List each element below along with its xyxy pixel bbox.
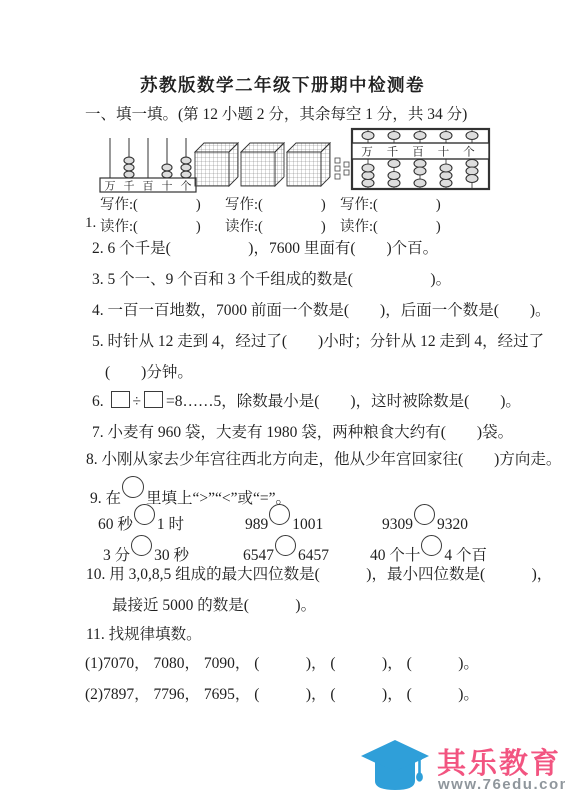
- write-as-line: 写作:( ): [100, 193, 201, 214]
- read-as-line: 读作:( ): [225, 215, 326, 236]
- page-title: 苏教版数学二年级下册期中检测卷: [0, 72, 565, 97]
- brand-logo: 其乐教育 www.76edu.com: [360, 731, 560, 795]
- divide-sign: ÷: [133, 393, 142, 410]
- question-1-number: 1.: [85, 214, 96, 232]
- question-11-header: 11. 找规律填数。: [86, 626, 202, 645]
- question-10-line1: 10. 用 3,0,8,5 组成的最大四位数是( )，最小四位数是( )，: [86, 566, 552, 585]
- comparison-circle-icon: [122, 476, 144, 498]
- read-as-line: 读作:( ): [100, 215, 201, 236]
- question-6: 6. ÷=8……5，除数最小是( )，这时被除数是( )。: [92, 391, 521, 412]
- question-3: 3. 5 个一、9 个百和 3 个千组成的数是( )。: [92, 271, 451, 290]
- comparison-circle-icon: [269, 504, 290, 525]
- question-11-item2: (2)7897， 7796， 7695， ( )， ( )， ( )。: [85, 686, 479, 705]
- question-4: 4. 一百一百地数，7000 前面一个数是( )，后面一个数是( )。: [92, 302, 551, 321]
- place-value-counter-figure: 万千百十个: [98, 136, 198, 194]
- comparison-circle-icon: [134, 504, 155, 525]
- write-as-line: 写作:( ): [340, 193, 441, 214]
- read-as-line: 读作:( ): [340, 215, 441, 236]
- question-5-line2: ( )分钟。: [105, 364, 193, 383]
- comparison-circle-icon: [275, 535, 296, 556]
- q9-row2-cell3: 40 个十4 个百: [370, 535, 487, 566]
- q9-row1-cell2: 9891001: [245, 504, 323, 535]
- question-7: 7. 小麦有 960 袋，大麦有 1980 袋，两种粮食大约有( )袋。: [92, 424, 513, 443]
- section-heading: 一、填一填。(第 12 小题 2 分，其余每空 1 分，共 34 分): [85, 106, 467, 125]
- q9-row2-cell1: 3 分30 秒: [103, 535, 189, 566]
- question-6-number: 6.: [92, 393, 104, 410]
- abacus-place-labels: 万千百十个: [361, 145, 489, 159]
- brand-url: www.76edu.com: [438, 776, 565, 793]
- question-6-rest: =8……5，除数最小是( )，这时被除数是( )。: [166, 393, 521, 410]
- question-5-line1: 5. 时针从 12 走到 4，经过了( )小时；分针从 12 走到 4，经过了: [92, 333, 544, 352]
- counter-place-labels: 万千百十个: [105, 179, 199, 193]
- question-8: 8. 小刚从家去少年宫往西北方向走，他从少年宫回家往( )方向走。: [86, 451, 561, 470]
- question-2: 2. 6 个千是( )，7600 里面有( )个百。: [92, 240, 438, 259]
- abacus-figure: 万千百十个: [348, 126, 493, 192]
- question-10-line2: 最接近 5000 的数是( )。: [112, 597, 316, 616]
- comparison-circle-icon: [414, 504, 435, 525]
- comparison-circle-icon: [131, 535, 152, 556]
- base-ten-blocks-figure: [193, 141, 353, 194]
- test-paper-page: 苏教版数学二年级下册期中检测卷 一、填一填。(第 12 小题 2 分，其余每空 …: [0, 0, 565, 800]
- q9-row1-cell1: 60 秒1 时: [98, 504, 184, 535]
- blank-box: [111, 391, 130, 408]
- q9-row2-cell2: 65476457: [243, 535, 329, 566]
- blank-box: [144, 391, 163, 408]
- comparison-circle-icon: [421, 535, 442, 556]
- graduation-cap-icon: [360, 739, 432, 800]
- write-as-line: 写作:( ): [225, 193, 326, 214]
- q9-row1-cell3: 93099320: [382, 504, 468, 535]
- question-11-item1: (1)7070， 7080， 7090， ( )， ( )， ( )。: [85, 655, 479, 674]
